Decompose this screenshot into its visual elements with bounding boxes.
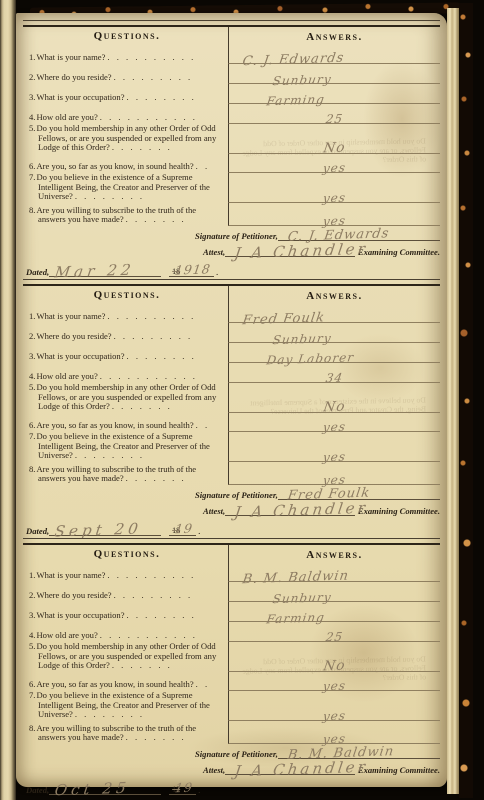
- attest-line: J A Chandler: [225, 240, 355, 257]
- dated-line: Oct 25: [49, 774, 161, 795]
- attest-row: Attest, J A Chandler Examining Committee…: [23, 241, 440, 257]
- questions-column-header: Questions.: [23, 27, 228, 44]
- dated-line: Mar 22: [49, 256, 161, 277]
- form-top-rule: [23, 20, 440, 27]
- question-7: 7.Do you believe in the existence of a S…: [23, 173, 228, 203]
- handwritten-year: 1918: [174, 261, 212, 277]
- dated-line: Sept 20: [49, 515, 161, 536]
- dated-label: Dated,: [26, 267, 49, 277]
- question-8: 8.Are you willing to subscribe to the tr…: [23, 203, 228, 226]
- question-4: 4.How old are you?. . . . . . . . . . .: [23, 622, 228, 642]
- answer-line-4: 34: [228, 363, 440, 383]
- question-3: 3.What is your occupation?. . . . . . . …: [23, 343, 228, 363]
- answer-line-1: B. M. Baldwin: [228, 562, 440, 582]
- question-6: 6.Are you, so far as you know, in sound …: [23, 413, 228, 432]
- answer-line-4: 25: [228, 622, 440, 642]
- answers-column-header: Answers.: [228, 545, 440, 562]
- question-8: 8.Are you willing to subscribe to the tr…: [23, 721, 228, 744]
- question-5: 5.Do you hold membership in any other Or…: [23, 124, 228, 154]
- question-2: 2.Where do you reside?. . . . . . . . .: [23, 323, 228, 343]
- answer-line-5: No: [228, 642, 440, 672]
- question-3: 3.What is your occupation?. . . . . . . …: [23, 84, 228, 104]
- answer-line-2: Sunbury: [228, 323, 440, 343]
- period: .: [216, 267, 218, 277]
- answer-line-7: yes: [228, 691, 440, 721]
- answer-line-8: yes: [228, 721, 440, 744]
- answer-line-3: Day Laborer: [228, 343, 440, 363]
- signature-line: Fred Foulk: [278, 484, 440, 500]
- handwritten-year: 19: [174, 780, 194, 796]
- year-field: 18 19: [169, 779, 196, 795]
- dated-label: Dated,: [26, 526, 49, 536]
- question-2: 2.Where do you reside?. . . . . . . . .: [23, 64, 228, 84]
- question-1: 1.What is your name?. . . . . . . . . .: [23, 562, 228, 582]
- attest-label: Attest,: [203, 765, 225, 775]
- answer-line-4: 25: [228, 104, 440, 124]
- dated-row: Dated, Oct 25 18 19 .: [23, 775, 440, 797]
- answer-line-7: yes: [228, 173, 440, 203]
- year-field: 18 19: [169, 520, 196, 536]
- question-5: 5.Do you hold membership in any other Or…: [23, 383, 228, 413]
- question-6: 6.Are you, so far as you know, in sound …: [23, 672, 228, 691]
- questions-column-header: Questions.: [23, 286, 228, 303]
- answer-line-1: Fred Foulk: [228, 303, 440, 323]
- signature-line: C. J. Edwards: [278, 225, 440, 241]
- questions-column-header: Questions.: [23, 545, 228, 562]
- question-4: 4.How old are you?. . . . . . . . . . .: [23, 104, 228, 124]
- examining-committee-label: Examining Committee.: [358, 765, 440, 775]
- question-7: 7.Do you believe in the existence of a S…: [23, 432, 228, 462]
- answer-line-2: Sunbury: [228, 582, 440, 602]
- question-2: 2.Where do you reside?. . . . . . . . .: [23, 582, 228, 602]
- examining-committee-label: Examining Committee.: [358, 506, 440, 516]
- petition-form-3: Do you hold membership in any other Orde…: [23, 538, 440, 797]
- question-3: 3.What is your occupation?. . . . . . . …: [23, 602, 228, 622]
- period: .: [198, 526, 200, 536]
- form-top-rule: [23, 538, 440, 545]
- handwritten-date: Oct 25: [54, 779, 132, 800]
- attest-label: Attest,: [203, 247, 225, 257]
- book-scan: Do you hold membership in any other Orde…: [0, 0, 484, 800]
- question-7: 7.Do you believe in the existence of a S…: [23, 691, 228, 721]
- signature-line: B. M. Baldwin: [278, 743, 440, 759]
- answer-line-1: C. J. Edwards: [228, 44, 440, 64]
- answer-line-3: Farming: [228, 602, 440, 622]
- answer-line-6: yes: [228, 154, 440, 173]
- answer-line-5: No: [228, 383, 440, 413]
- period: .: [198, 785, 200, 795]
- petition-form-2: Do you believe in the existence of a Sup…: [23, 279, 440, 538]
- answer-line-6: yes: [228, 413, 440, 432]
- question-8: 8.Are you willing to subscribe to the tr…: [23, 462, 228, 485]
- petition-form-1: Do you hold membership in any other Orde…: [23, 20, 440, 279]
- answer-line-8: yes: [228, 203, 440, 226]
- dated-row: Dated, Sept 20 18 19 .: [23, 516, 440, 538]
- attest-line: J A Chandler: [225, 758, 355, 775]
- attest-row: Attest, J A Chandler Examining Committee…: [23, 500, 440, 516]
- question-5: 5.Do you hold membership in any other Or…: [23, 642, 228, 672]
- answer-line-6: yes: [228, 672, 440, 691]
- ledger-page: Do you hold membership in any other Orde…: [16, 13, 447, 787]
- question-6: 6.Are you, so far as you know, in sound …: [23, 154, 228, 173]
- answer-line-2: Sunbury: [228, 64, 440, 84]
- handwritten-year: 19: [174, 521, 194, 537]
- answer-line-3: Farming: [228, 84, 440, 104]
- dated-row: Dated, Mar 22 18 1918 .: [23, 257, 440, 279]
- attest-line: J A Chandler: [225, 499, 355, 516]
- question-1: 1.What is your name?. . . . . . . . . .: [23, 303, 228, 323]
- answer-line-8: yes: [228, 462, 440, 485]
- attest-label: Attest,: [203, 506, 225, 516]
- answer-line-7: yes: [228, 432, 440, 462]
- examining-committee-label: Examining Committee.: [358, 247, 440, 257]
- page-stack-edge: [447, 8, 459, 794]
- form-top-rule: [23, 279, 440, 286]
- answer-line-5: No: [228, 124, 440, 154]
- answers-column-header: Answers.: [228, 27, 440, 44]
- attest-row: Attest, J A Chandler Examining Committee…: [23, 759, 440, 775]
- dated-label: Dated,: [26, 785, 49, 795]
- answers-column-header: Answers.: [228, 286, 440, 303]
- question-1: 1.What is your name?. . . . . . . . . .: [23, 44, 228, 64]
- book-cover-edge-right: [459, 3, 473, 798]
- question-4: 4.How old are you?. . . . . . . . . . .: [23, 363, 228, 383]
- facing-page-edge: [0, 0, 16, 800]
- year-field: 18 1918: [169, 261, 214, 277]
